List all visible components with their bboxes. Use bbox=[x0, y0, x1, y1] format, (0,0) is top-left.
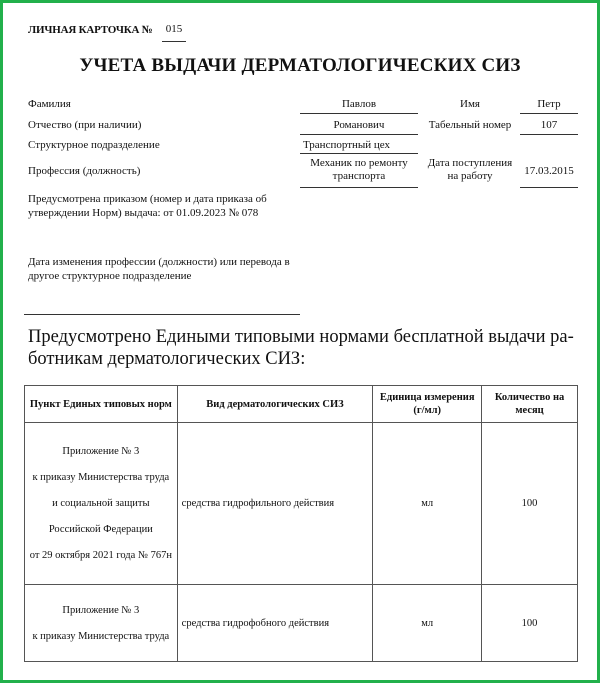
point-line: и социальной защиты bbox=[29, 497, 173, 510]
profession-label: Профессия (должность) bbox=[28, 165, 140, 177]
department-label: Структурное подразделение bbox=[28, 139, 160, 151]
surname-label: Фамилия bbox=[28, 98, 71, 110]
point-line: к приказу Министерства труда bbox=[29, 630, 173, 643]
norms-intro: Предусмотрено Едиными типовыми нормами б… bbox=[28, 326, 588, 370]
hire-date-value: 17.03.2015 bbox=[520, 165, 578, 188]
name-value: Петр bbox=[520, 98, 578, 114]
norms-table: Пункт Единых типовых норм Вид дерматолог… bbox=[24, 385, 578, 662]
cell-qty: 100 bbox=[482, 585, 578, 662]
table-row: Приложение № 3 к приказу Министерства тр… bbox=[25, 423, 578, 585]
point-line: Приложение № 3 bbox=[29, 604, 173, 617]
header-unit: Единица измерения (г/мл) bbox=[373, 386, 482, 423]
cell-point: Приложение № 3 к приказу Министерства тр… bbox=[25, 585, 178, 662]
tab-number-label: Табельный номер bbox=[422, 119, 518, 131]
name-label: Имя bbox=[425, 98, 515, 110]
point-line: от 29 октября 2021 года № 767н bbox=[29, 549, 173, 562]
cell-type: средства гидрофобного действия bbox=[177, 585, 373, 662]
patronymic-value: Романович bbox=[300, 119, 418, 135]
tab-number-value: 107 bbox=[520, 119, 578, 135]
header-type: Вид дерматологических СИЗ bbox=[177, 386, 373, 423]
header-qty: Количество на месяц bbox=[482, 386, 578, 423]
order-text: Предусмотрена приказом (номер и дата при… bbox=[28, 192, 308, 220]
cell-qty: 100 bbox=[482, 423, 578, 585]
card-label: ЛИЧНАЯ КАРТОЧКА № bbox=[28, 24, 153, 36]
department-value: Транспортный цех bbox=[300, 139, 418, 154]
table-row: Приложение № 3 к приказу Министерства тр… bbox=[25, 585, 578, 662]
cell-unit: мл bbox=[373, 423, 482, 585]
point-line: Российской Федерации bbox=[29, 523, 173, 536]
header-point: Пункт Единых типовых норм bbox=[25, 386, 178, 423]
cell-unit: мл bbox=[373, 585, 482, 662]
point-line: Приложение № 3 bbox=[29, 445, 173, 458]
change-date-line bbox=[24, 314, 300, 315]
patronymic-label: Отчество (при наличии) bbox=[28, 119, 141, 131]
surname-value: Павлов bbox=[300, 98, 418, 114]
cell-point: Приложение № 3 к приказу Министерства тр… bbox=[25, 423, 178, 585]
table-header-row: Пункт Единых типовых норм Вид дерматолог… bbox=[25, 386, 578, 423]
cell-type: средства гидрофильного действия bbox=[177, 423, 373, 585]
hire-date-label: Дата поступления на работу bbox=[422, 157, 518, 183]
point-line: к приказу Министерства труда bbox=[29, 471, 173, 484]
change-text: Дата изменения профессии (должности) или… bbox=[28, 255, 308, 283]
card-number: 015 bbox=[162, 23, 186, 42]
profession-value: Механик по ремонту транспорта bbox=[300, 157, 418, 188]
page-title: УЧЕТА ВЫДАЧИ ДЕРМАТОЛОГИЧЕСКИХ СИЗ bbox=[0, 55, 600, 77]
